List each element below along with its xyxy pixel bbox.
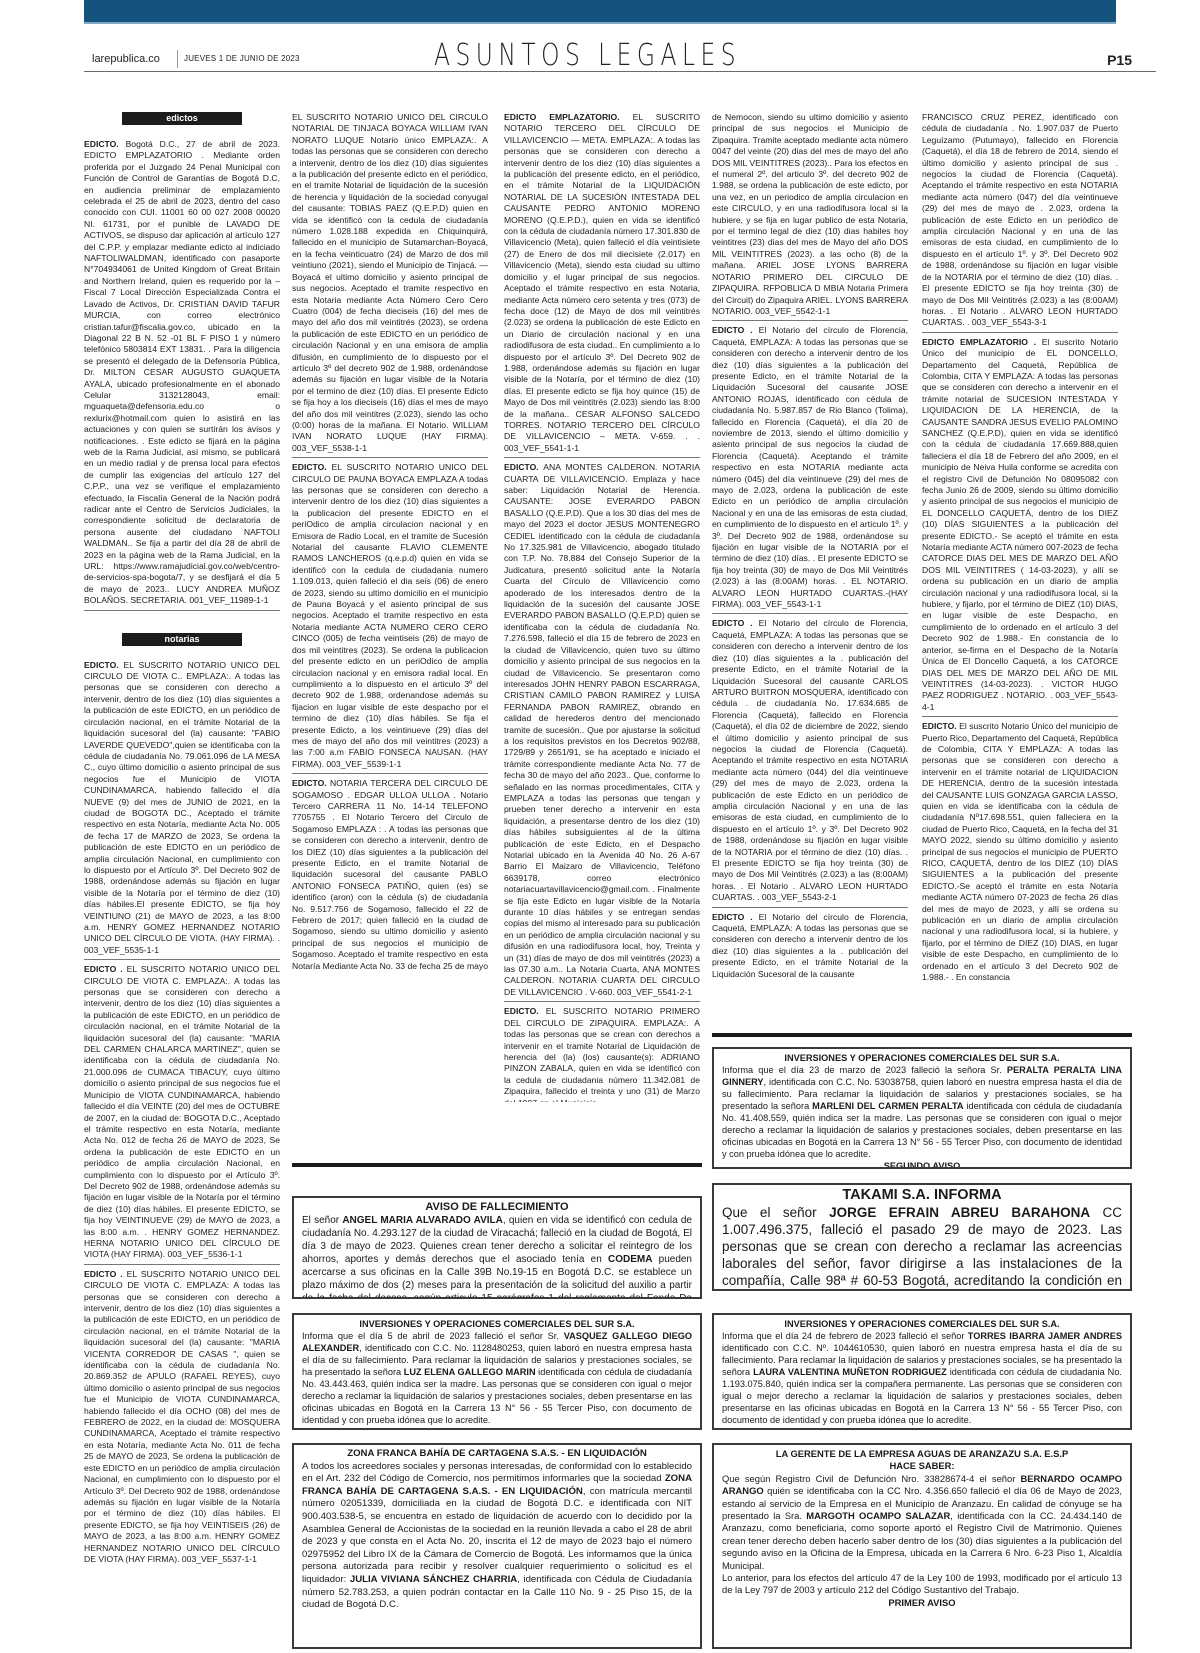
- edict-text: El suscrito Notario Único del municipio …: [922, 721, 1118, 982]
- notice-body-2: Lo anterior, para los efectos del artícu…: [722, 1572, 1122, 1597]
- notice-footer: SEGUNDO AVISO: [302, 1426, 692, 1430]
- notice-body: Informa que el día 24 de febrero de 2023…: [722, 1330, 1122, 1426]
- column-5: FRANCISCO CRUZ PEREZ, identificado con c…: [922, 112, 1118, 992]
- edict-lead: EDICTO.: [84, 660, 119, 670]
- edict-item: EDICTO . El Notario del círculo de Flore…: [712, 912, 908, 983]
- edict-lead: EDICTO EMPLAZATORIO .: [922, 337, 1036, 347]
- edict-item: EDICTO . El Notario del círculo de Flore…: [712, 325, 908, 614]
- notice-body: Informa que el día 5 de abril de 2023 fa…: [302, 1330, 692, 1426]
- edict-text: El suscrito Notario Único del municipio …: [922, 337, 1118, 712]
- notice-title: AVISO DE FALLECIMIENTO: [302, 1201, 692, 1214]
- edict-item: EDICTO. ANA MONTES CALDERON. NOTARIA CUA…: [504, 462, 700, 1002]
- section-divider-rule: [712, 1033, 1132, 1037]
- notice-title: ZONA FRANCA BAHÍA DE CARTAGENA S.A.S. - …: [302, 1448, 692, 1461]
- section-label-edictos: edictos: [122, 112, 242, 125]
- edict-text: El Notario del círculo de Florencia, Caq…: [712, 325, 908, 609]
- section-divider-rule: [292, 1163, 702, 1167]
- edict-item: EDICTO EMPLAZATORIO . El suscrito Notari…: [922, 337, 1118, 717]
- edict-lead: EDICTO .: [712, 618, 753, 628]
- section-label-notarias: notarias: [122, 633, 242, 646]
- notice-title: TAKAMI S.A. INFORMA: [722, 1187, 1122, 1204]
- edict-item: EDICTO. El suscrito Notario Único del mu…: [922, 721, 1118, 986]
- edict-text: EL SUSCRITO NOTARIO PRIMERO DEL CIRCULO …: [504, 1006, 700, 1102]
- edict-item: EL SUSCRITO NOTARIO UNICO DEL CIRCULO NO…: [292, 112, 488, 458]
- edict-item: EDICTO. NOTARIA TERCERA DEL CIRCULO DE S…: [292, 778, 488, 972]
- notice-title: INVERSIONES Y OPERACIONES COMERCIALES DE…: [722, 1052, 1122, 1064]
- edict-text: EL SUSCRITO NOTARIO UNICO DEL CIRCULO DE…: [84, 964, 280, 1259]
- notice-footer: PRIMER AVISO: [722, 1597, 1122, 1609]
- edict-lead: EDICTO.: [504, 1006, 539, 1016]
- edict-text: EL SUSCRITO NOTARIO TERCERO DEL CÍRCULO …: [504, 112, 700, 453]
- edict-lead: EDICTO.: [922, 721, 957, 731]
- notice-title: LA GERENTE DE LA EMPRESA AGUAS DE ARANZA…: [722, 1448, 1122, 1460]
- notice-footer: SEGUNDO AVISO: [722, 1160, 1122, 1169]
- column-3: EDICTO EMPLAZATORIO. EL SUSCRITO NOTARIO…: [504, 112, 700, 1102]
- top-color-bar: [84, 0, 1116, 24]
- notice-aviso-fallecimiento: AVISO DE FALLECIMIENTO El señor ANGEL MA…: [292, 1196, 702, 1299]
- edict-lead: EDICTO .: [712, 912, 753, 922]
- notice-inversiones-sur-3: INVERSIONES Y OPERACIONES COMERCIALES DE…: [712, 1313, 1132, 1430]
- edict-lead: EDICTO.: [292, 462, 327, 472]
- edict-text: Bogotá D.C., 27 de abril de 2023. EDICTO…: [84, 139, 280, 605]
- edict-text: EL SUSCRITO NOTARIO UNICO DEL CIRCULO NO…: [292, 112, 488, 453]
- column-2: EL SUSCRITO NOTARIO UNICO DEL CIRCULO NO…: [292, 112, 488, 972]
- notice-inversiones-sur-2: INVERSIONES Y OPERACIONES COMERCIALES DE…: [292, 1313, 702, 1430]
- edict-item: EDICTO. EL SUSCRITO NOTARIO UNICO DEL CI…: [84, 660, 280, 961]
- edict-text: EL SUSCRITO NOTARIO UNICO DEL CIRCULO DE…: [84, 660, 280, 955]
- notice-aguas-aranzazu: LA GERENTE DE LA EMPRESA AGUAS DE ARANZA…: [712, 1443, 1132, 1649]
- notice-subtitle: HACE SABER:: [722, 1460, 1122, 1472]
- edict-item: FRANCISCO CRUZ PEREZ, identificado con c…: [922, 112, 1118, 333]
- site-name[interactable]: larepublica.co: [92, 53, 160, 65]
- masthead: larepublica.co JUEVES 1 DE JUNIO DE 2023…: [84, 38, 1156, 72]
- edict-item: EDICTO EMPLAZATORIO. EL SUSCRITO NOTARIO…: [504, 112, 700, 458]
- column-4: de Nemocon, siendo su ultimo domicilio y…: [712, 112, 908, 992]
- edict-text: ANA MONTES CALDERON. NOTARIA CUARTA DE V…: [504, 462, 700, 997]
- edict-text: EL SUSCRITO NOTARIO UNICO DEL CIRCULO DE…: [84, 1269, 280, 1564]
- notice-body: El señor ANGEL MARIA ALVARADO AVILA, qui…: [302, 1214, 692, 1299]
- edict-item: EDICTO . El Notario del círculo de Flore…: [712, 618, 908, 907]
- issue-date: JUEVES 1 DE JUNIO DE 2023: [184, 54, 300, 63]
- column-1: edictos EDICTO. Bogotá D.C., 27 de abril…: [84, 112, 280, 1653]
- notice-body: Que el señor JORGE EFRAIN ABREU BARAHONA…: [722, 1204, 1122, 1291]
- notice-takami: TAKAMI S.A. INFORMA Que el señor JORGE E…: [712, 1183, 1132, 1291]
- edict-item: de Nemocon, siendo su ultimo domicilio y…: [712, 112, 908, 321]
- edict-lead: EDICTO EMPLAZATORIO.: [504, 112, 620, 122]
- edict-text: NOTARIA TERCERA DEL CIRCULO DE SOGAMOSO …: [292, 778, 488, 972]
- notice-title: INVERSIONES Y OPERACIONES COMERCIALES DE…: [302, 1318, 692, 1330]
- edict-item: EDICTO. EL SUSCRITO NOTARIO PRIMERO DEL …: [504, 1006, 700, 1102]
- edict-text: EL SUSCRITO NOTARIO UNICO DEL CIRCULO DE…: [292, 462, 488, 769]
- edict-item: EDICTO . EL SUSCRITO NOTARIO UNICO DEL C…: [84, 964, 280, 1265]
- edict-lead: EDICTO.: [292, 778, 327, 788]
- edict-lead: EDICTO .: [84, 1269, 123, 1279]
- edict-lead: EDICTO.: [84, 139, 119, 149]
- notice-body: Que según Registro Civil de Defunción Nr…: [722, 1473, 1122, 1572]
- masthead-divider: [177, 50, 178, 68]
- edict-item: EDICTO. EL SUSCRITO NOTARIO UNICO DEL CI…: [292, 462, 488, 774]
- notice-zona-franca: ZONA FRANCA BAHÍA DE CARTAGENA S.A.S. - …: [292, 1443, 702, 1649]
- edict-item: EDICTO . EL SUSCRITO NOTARIO UNICO DEL C…: [84, 1269, 280, 1569]
- notice-body: Informa que el día 23 de marzo de 2023 f…: [722, 1064, 1122, 1160]
- notice-inversiones-sur-1: INVERSIONES Y OPERACIONES COMERCIALES DE…: [712, 1047, 1132, 1169]
- edict-lead: EDICTO .: [84, 964, 123, 974]
- section-title: ASUNTOS LEGALES: [434, 38, 741, 73]
- notice-footer: SEGUNDO AVISO: [722, 1426, 1122, 1430]
- edict-text: FRANCISCO CRUZ PEREZ, identificado con c…: [922, 112, 1118, 327]
- page-number: P15: [1107, 52, 1132, 68]
- edict-item: EDICTO. Bogotá D.C., 27 de abril de 2023…: [84, 139, 280, 611]
- edict-text: El Notario del círculo de Florencia, Caq…: [712, 618, 908, 902]
- notice-title: INVERSIONES Y OPERACIONES COMERCIALES DE…: [722, 1318, 1122, 1330]
- edict-lead: EDICTO .: [712, 325, 753, 335]
- edict-text: de Nemocon, siendo su ultimo domicilio y…: [712, 112, 908, 316]
- notice-body: A todos los acreedores sociales y person…: [302, 1461, 692, 1612]
- edict-lead: EDICTO.: [504, 462, 539, 472]
